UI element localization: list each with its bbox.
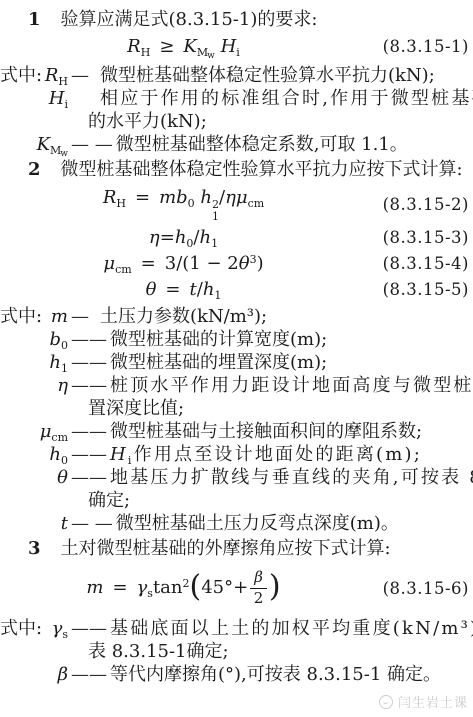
formula-body: RH=mb0 h21/ημcm bbox=[0, 187, 367, 222]
clause-text: 验算应满足式(8.3.15-1)的要求: bbox=[61, 9, 318, 30]
var-description: 微型桩基础土压力反弯点深度(m)。 bbox=[116, 512, 471, 535]
formula-8-3-15-1: RH≥KMw Hi (8.3.15-1) bbox=[0, 36, 471, 57]
var-description: 土压力参数(kN/m³); bbox=[100, 305, 471, 328]
operator: = bbox=[141, 253, 156, 274]
description-text: 作用点至设计地面处的距离(m); bbox=[134, 444, 422, 465]
dash: —— bbox=[71, 443, 107, 466]
function: tan bbox=[153, 577, 183, 598]
var: h bbox=[175, 227, 187, 248]
superscript: 2 bbox=[212, 199, 219, 210]
where-label: 式中: bbox=[0, 617, 42, 640]
operator: = bbox=[112, 577, 127, 598]
operator: ≥ bbox=[159, 36, 174, 57]
var: γ bbox=[137, 577, 148, 598]
var-symbol: K bbox=[37, 134, 50, 155]
var: R bbox=[127, 36, 141, 57]
number: 45° bbox=[201, 577, 233, 598]
var-description: 等代内摩擦角(°),可按表 8.3.15-1 确定。 bbox=[110, 663, 471, 686]
var: μ bbox=[103, 253, 115, 274]
vardef-h1: h1 —— 微型桩基础的埋置深度(m); bbox=[0, 351, 471, 374]
subscript: H bbox=[116, 197, 126, 210]
var: K bbox=[183, 36, 196, 57]
clause-text: 微型桩基础整体稳定性验算水平抗力应按下式计算: bbox=[61, 159, 463, 180]
sub-subscript: w bbox=[207, 51, 215, 61]
dash: —— bbox=[71, 351, 107, 374]
superscript: 2 bbox=[183, 577, 190, 590]
subscript: cm bbox=[248, 197, 265, 210]
var-symbol: b bbox=[49, 329, 61, 350]
dash: —— bbox=[71, 328, 107, 351]
var: ημ bbox=[225, 187, 247, 208]
vardef-h0: h0 —— Hi作用点至设计地面处的距离(m); bbox=[0, 443, 471, 466]
vardef-b0: b0 —— 微型桩基础的计算宽度(m); bbox=[0, 328, 471, 351]
formula-body: RH≥KMw Hi bbox=[0, 36, 367, 57]
clause-item-2: 2微型桩基础整体稳定性验算水平抗力应按下式计算: bbox=[0, 158, 471, 182]
var-description: 桩顶水平作用力距设计地面高度与微型桩基础的埋 bbox=[110, 374, 473, 397]
subscript: cm bbox=[115, 263, 132, 276]
where-label: 式中: bbox=[0, 305, 42, 328]
var: θ bbox=[0, 466, 68, 489]
formula-8-3-15-2: RH=mb0 h21/ημcm (8.3.15-2) bbox=[0, 187, 471, 222]
var: R bbox=[103, 187, 117, 208]
formula-body: m=γstan2(45°+β2) bbox=[0, 569, 367, 607]
var: h1 bbox=[0, 351, 68, 374]
formula-number: (8.3.15-3) bbox=[367, 228, 471, 247]
formula-body: μcm=3/(1 − 2θ3) bbox=[0, 253, 367, 274]
var-symbol: t bbox=[61, 513, 68, 534]
var: h0 bbox=[0, 443, 68, 466]
subscript: 0 bbox=[188, 197, 195, 210]
left-paren: ( bbox=[190, 569, 202, 604]
fraction-denominator: 2 bbox=[250, 589, 267, 607]
var: η bbox=[0, 374, 68, 397]
formula-number: (8.3.15-2) bbox=[367, 195, 471, 214]
var: η bbox=[149, 227, 160, 248]
var-symbol: θ bbox=[57, 467, 68, 488]
vardef-t: t — — 微型桩基础土压力反弯点深度(m)。 bbox=[0, 512, 471, 535]
dash: —— bbox=[71, 374, 107, 397]
sub-subscript: w bbox=[60, 149, 68, 159]
var-description-cont: 确定; bbox=[0, 489, 471, 512]
var-description: 微型桩基础整体稳定性验算水平抗力(kN); bbox=[100, 64, 471, 87]
var: μcm bbox=[0, 420, 68, 443]
expression: ) bbox=[257, 253, 264, 274]
var-description: 微型桩基础与土接触面积间的摩阻系数; bbox=[110, 420, 471, 443]
var: b0 bbox=[0, 328, 68, 351]
dash: —— bbox=[71, 420, 107, 443]
var-description: 微型桩基础整体稳定系数,可取 1.1。 bbox=[116, 133, 471, 156]
clause-item-1: 1验算应满足式(8.3.15-1)的要求: bbox=[0, 8, 471, 32]
vardef-mucm: μcm —— 微型桩基础与土接触面积间的摩阻系数; bbox=[0, 420, 471, 443]
formula-8-3-15-5: θ=t/h1 (8.3.15-5) bbox=[0, 279, 471, 300]
var-symbol: μ bbox=[40, 421, 52, 442]
formula-body: η=h0/h1 bbox=[0, 227, 367, 248]
operator: = bbox=[135, 187, 150, 208]
var-description: 微型桩基础的埋置深度(m); bbox=[110, 351, 471, 374]
var-symbol: H bbox=[110, 444, 128, 465]
var-description-cont: 的水平力(kN); bbox=[0, 110, 471, 133]
var-description: 地基压力扩散线与垂直线的夹角,可按表 8.3.15-4 bbox=[110, 466, 473, 489]
where-label: 式中: bbox=[0, 64, 42, 87]
var-description-cont: 表 8.3.15-1确定; bbox=[0, 640, 471, 663]
var: h bbox=[203, 279, 215, 300]
var-description: Hi作用点至设计地面处的距离(m); bbox=[110, 443, 471, 466]
clause-number: 3 bbox=[28, 538, 41, 559]
var-description: 基础底面以上土的加权平均重度(kN/m³),按 bbox=[110, 617, 473, 640]
vardef-Hi: Hi 相应于作用的标准组合时,作用于微型桩基础顶部 bbox=[0, 87, 471, 110]
var: Hi bbox=[0, 87, 68, 110]
fraction: β2 bbox=[250, 569, 267, 607]
dash: — — bbox=[71, 512, 113, 535]
vardef-theta: θ —— 地基压力扩散线与垂直线的夹角,可按表 8.3.15-4 bbox=[0, 466, 471, 489]
dash: —— bbox=[71, 663, 107, 686]
var: h bbox=[199, 227, 211, 248]
var-description: 微型桩基础的计算宽度(m); bbox=[110, 328, 471, 351]
dash: — bbox=[71, 64, 97, 87]
clause-number: 1 bbox=[28, 9, 41, 30]
dash: — — bbox=[71, 133, 113, 156]
var-symbol: h bbox=[49, 444, 61, 465]
vardef-m: 式中: m — 土压力参数(kN/m³); bbox=[0, 305, 471, 328]
formula-number: (8.3.15-6) bbox=[367, 579, 471, 598]
dash: —— bbox=[71, 466, 107, 489]
clause-number: 2 bbox=[28, 159, 41, 180]
right-paren: ) bbox=[269, 569, 281, 604]
var-symbol: h bbox=[49, 352, 61, 373]
var: m bbox=[86, 577, 103, 598]
var: θ bbox=[146, 279, 157, 300]
var: t bbox=[190, 279, 197, 300]
subscript: 1 bbox=[211, 237, 218, 250]
fraction-numerator: β bbox=[250, 569, 267, 588]
subscript: H bbox=[141, 46, 151, 59]
var: h bbox=[200, 187, 212, 208]
subscript: s bbox=[62, 628, 68, 641]
var-description: 相应于作用的标准组合时,作用于微型桩基础顶部 bbox=[100, 87, 473, 110]
formula-8-3-15-3: η=h0/h1 (8.3.15-3) bbox=[0, 227, 471, 248]
var: t bbox=[0, 512, 68, 535]
var-symbol: R bbox=[45, 65, 59, 86]
formula-number: (8.3.15-4) bbox=[367, 254, 471, 273]
subscript: 1 bbox=[212, 211, 219, 222]
clause-text: 土对微型桩基础的外摩擦角应按下式计算: bbox=[61, 538, 391, 559]
var: θ bbox=[239, 253, 250, 274]
watermark-label: 闫生岩土课 bbox=[398, 692, 468, 711]
document-page: 1验算应满足式(8.3.15-1)的要求: RH≥KMw Hi (8.3.15-… bbox=[0, 0, 473, 717]
var: KMw bbox=[0, 133, 68, 156]
subscript: i bbox=[64, 98, 68, 111]
formula-8-3-15-4: μcm=3/(1 − 2θ3) (8.3.15-4) bbox=[0, 253, 471, 274]
var-symbol: γ bbox=[52, 618, 63, 639]
var: H bbox=[221, 36, 237, 57]
subscript: 1 bbox=[214, 289, 221, 302]
vardef-gamma-s: 式中: γs —— 基础底面以上土的加权平均重度(kN/m³),按 bbox=[0, 617, 471, 640]
formula-number: (8.3.15-5) bbox=[367, 280, 471, 299]
var-description-cont: 置深度比值; bbox=[0, 397, 471, 420]
subscript: i bbox=[236, 46, 240, 59]
watermark-logo-icon bbox=[379, 695, 393, 709]
sup-sub-stack: 21 bbox=[212, 199, 219, 222]
var-symbol: H bbox=[49, 88, 65, 109]
expression: 3/(1 − 2 bbox=[165, 253, 239, 274]
formula-number: (8.3.15-1) bbox=[367, 37, 471, 56]
watermark: 闫生岩土课 bbox=[379, 692, 468, 711]
superscript: 3 bbox=[250, 253, 257, 266]
operator: + bbox=[233, 577, 248, 598]
vardef-RH: 式中: RH — 微型桩基础整体稳定性验算水平抗力(kN); bbox=[0, 64, 471, 87]
vardef-KMw: KMw — — 微型桩基础整体稳定系数,可取 1.1。 bbox=[0, 133, 471, 156]
dash: — bbox=[71, 305, 97, 328]
var: mb bbox=[159, 187, 188, 208]
vardef-beta: β —— 等代内摩擦角(°),可按表 8.3.15-1 确定。 bbox=[0, 663, 471, 686]
vardef-eta: η —— 桩顶水平作用力距设计地面高度与微型桩基础的埋 bbox=[0, 374, 471, 397]
dash: —— bbox=[71, 617, 107, 640]
var-symbol: β bbox=[58, 664, 68, 685]
var: β bbox=[0, 663, 68, 686]
var-symbol: η bbox=[57, 375, 68, 396]
clause-item-3: 3土对微型桩基础的外摩擦角应按下式计算: bbox=[0, 537, 471, 561]
formula-body: θ=t/h1 bbox=[0, 279, 367, 300]
operator: = bbox=[160, 227, 175, 248]
operator: = bbox=[165, 279, 180, 300]
var-symbol: m bbox=[51, 306, 68, 327]
formula-8-3-15-6: m=γstan2(45°+β2) (8.3.15-6) bbox=[0, 569, 471, 607]
